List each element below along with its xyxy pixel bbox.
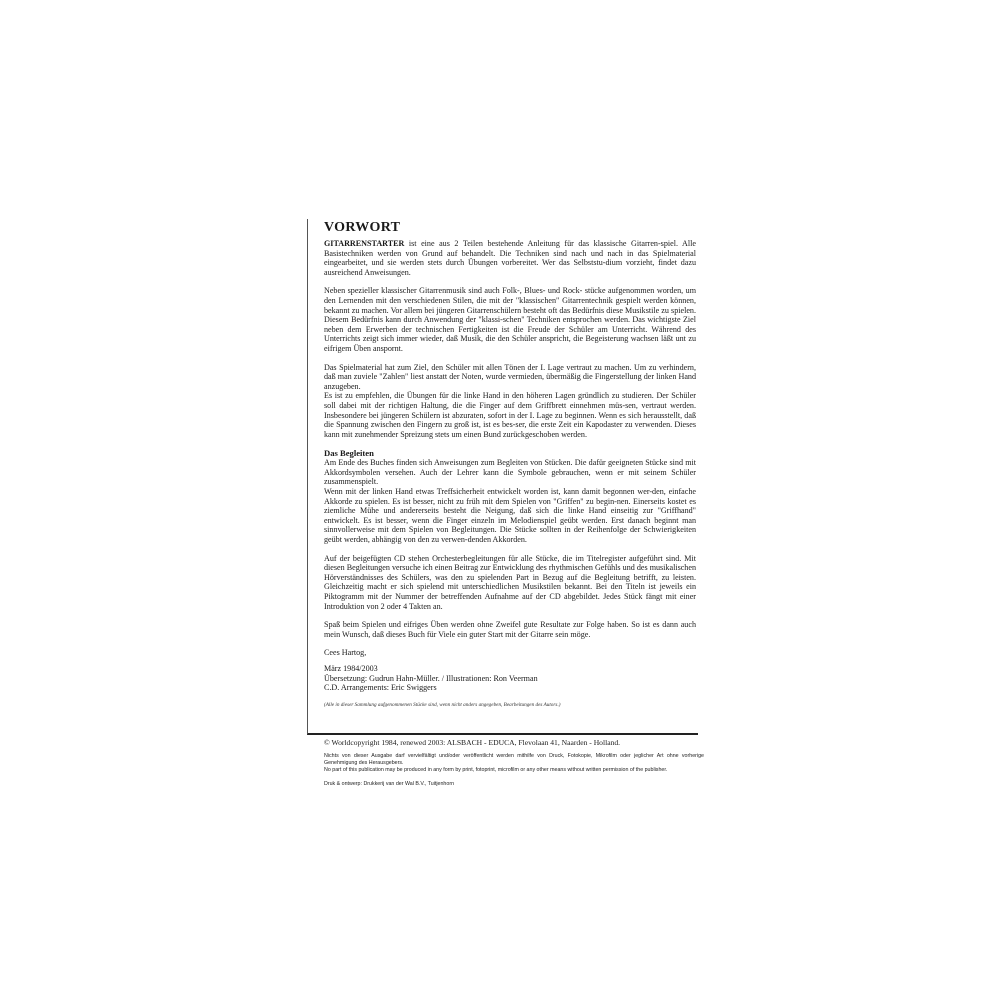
rights-english: No part of this publication may be produ…	[324, 767, 704, 774]
copyright-line: © Worldcopyright 1984, renewed 2003: ALS…	[324, 738, 704, 748]
page-footer: © Worldcopyright 1984, renewed 2003: ALS…	[324, 738, 704, 788]
paragraph-accompaniment: Am Ende des Buches finden sich Anweisung…	[324, 458, 696, 487]
rights-german: Nichts von dieser Ausgabe darf vervielfä…	[324, 753, 704, 767]
page-title: VORWORT	[324, 219, 696, 239]
paragraph-closing: Spaß beim Spielen und eifriges Üben werd…	[324, 620, 696, 639]
paragraph-styles: Neben spezieller klassischer Gitarrenmus…	[324, 286, 696, 353]
credit-date: März 1984/2003	[324, 664, 696, 674]
credit-translation: Übersetzung: Gudrun Hahn-Müller. / Illus…	[324, 674, 696, 684]
paragraph-chords: Wenn mit der linken Hand etwas Treffsich…	[324, 487, 696, 545]
credit-arrangements: C.D. Arrangements: Eric Swiggers	[324, 683, 696, 693]
paragraph-cd: Auf der beigefügten CD stehen Orchesterb…	[324, 554, 696, 612]
paragraph-left-hand: Es ist zu empfehlen, die Übungen für die…	[324, 391, 696, 439]
printer-credit: Druk & ontwerp: Drukkerij van der Wal B.…	[324, 781, 704, 788]
foreword-content: VORWORT GITARRENSTARTER ist eine aus 2 T…	[324, 219, 696, 709]
section-heading-begleiten: Das Begleiten	[324, 448, 696, 458]
arrangement-note: (Alle in dieser Sammlung aufgenommenen S…	[324, 701, 696, 709]
signature: Cees Hartog,	[324, 648, 696, 658]
intro-paragraph: GITARRENSTARTER ist eine aus 2 Teilen be…	[324, 239, 696, 277]
book-name: GITARRENSTARTER	[324, 239, 404, 248]
paragraph-material: Das Spielmaterial hat zum Ziel, den Schü…	[324, 363, 696, 392]
